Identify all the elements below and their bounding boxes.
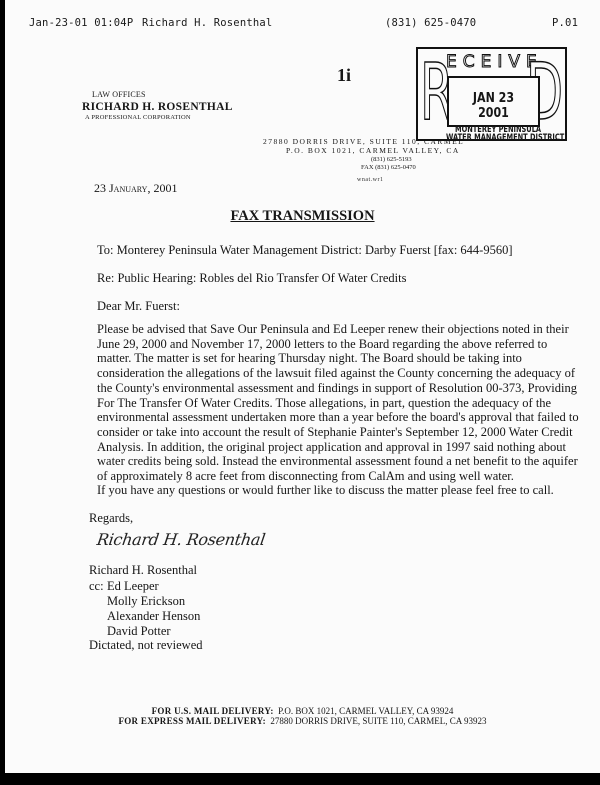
- body-line: matter. The matter is set for hearing Th…: [97, 351, 587, 366]
- body-line: Please be advised that Save Our Peninsul…: [97, 322, 587, 337]
- fax-header-datetime: Jan-23-01 01:04P: [29, 17, 133, 29]
- body-line: the County's environmental assessment an…: [97, 381, 587, 396]
- body-line: of approximately 8 acre feet from discon…: [97, 469, 587, 484]
- fax-page: Jan-23-01 01:04P Richard H. Rosenthal (8…: [5, 0, 600, 773]
- handwritten-signature: Richard H. Rosenthal: [96, 530, 267, 549]
- footer-us-mail-address: P.O. BOX 1021, CARMEL VALLEY, CA 93924: [278, 706, 453, 716]
- body-line: June 29, 2000 and November 17, 2000 lett…: [97, 337, 587, 352]
- received-stamp: R ECEIVE D JAN 23 2001 MONTEREY PENINSUL…: [416, 47, 567, 141]
- dictated-note: Dictated, not reviewed: [89, 638, 203, 653]
- stamp-date: JAN 23 2001: [456, 91, 532, 121]
- cc-row: cc:Ed Leeper: [89, 579, 200, 594]
- stamp-date-box: JAN 23 2001: [447, 76, 540, 127]
- signer-name: Richard H. Rosenthal: [89, 563, 197, 578]
- body-line: consideration the allegations of the law…: [97, 366, 587, 381]
- body-line: consider or take into account the result…: [97, 425, 587, 440]
- cc-label: cc:: [89, 579, 107, 594]
- closing-paragraph: If you have any questions or would furth…: [97, 483, 554, 498]
- footer-express-address: 27880 DORRIS DRIVE, SUITE 110, CARMEL, C…: [270, 716, 486, 726]
- cc-recipient: Ed Leeper: [107, 579, 159, 593]
- cc-list: cc:Ed Leeper Molly Erickson Alexander He…: [89, 579, 200, 639]
- valediction: Regards,: [89, 511, 133, 526]
- letter-date: 23 January, 2001: [94, 181, 177, 196]
- letterhead-fax: FAX (831) 625-0470: [361, 164, 416, 171]
- page-mark: 1i: [337, 65, 351, 86]
- document-reference: wnat.wr1: [357, 177, 384, 183]
- footer-express-label: FOR EXPRESS MAIL DELIVERY:: [118, 716, 265, 726]
- letterhead-label: LAW OFFICES: [92, 90, 146, 99]
- firm-name: RICHARD H. ROSENTHAL: [82, 101, 233, 113]
- fax-header-sender: Richard H. Rosenthal: [142, 17, 272, 29]
- footer-us-mail: FOR U.S. MAIL DELIVERY: P.O. BOX 1021, C…: [5, 706, 600, 716]
- body-line: Analysis. In addition, the original proj…: [97, 440, 587, 455]
- document-title: FAX TRANSMISSION: [5, 208, 600, 225]
- cc-recipient: Alexander Henson: [89, 609, 200, 624]
- salutation: Dear Mr. Fuerst:: [97, 299, 180, 314]
- recipient-line: To: Monterey Peninsula Water Management …: [97, 243, 513, 258]
- body-line: water credits being sold. Instead the en…: [97, 454, 587, 469]
- cc-recipient: Molly Erickson: [89, 594, 200, 609]
- stamp-org-line2: WATER MANAGEMENT DISTRICT: [446, 133, 564, 143]
- footer-us-mail-label: FOR U.S. MAIL DELIVERY:: [152, 706, 274, 716]
- fax-header-page: P.01: [552, 17, 578, 29]
- subject-line: Re: Public Hearing: Robles del Rio Trans…: [97, 271, 407, 286]
- fax-header-phone: (831) 625-0470: [385, 17, 476, 29]
- body-line: environmental assessment undertaken more…: [97, 410, 587, 425]
- letter-body: Please be advised that Save Our Peninsul…: [97, 322, 587, 484]
- cc-recipient: David Potter: [89, 624, 200, 639]
- firm-subtitle: A PROFESSIONAL CORPORATION: [85, 114, 191, 121]
- footer-express-mail: FOR EXPRESS MAIL DELIVERY: 27880 DORRIS …: [5, 716, 600, 726]
- body-line: For The Transfer Of Water Credits. Those…: [97, 396, 587, 411]
- letterhead-phone: (831) 625-5193: [371, 156, 412, 163]
- letterhead-address-line2: P.O. BOX 1021, CARMEL VALLEY, CA: [286, 146, 460, 155]
